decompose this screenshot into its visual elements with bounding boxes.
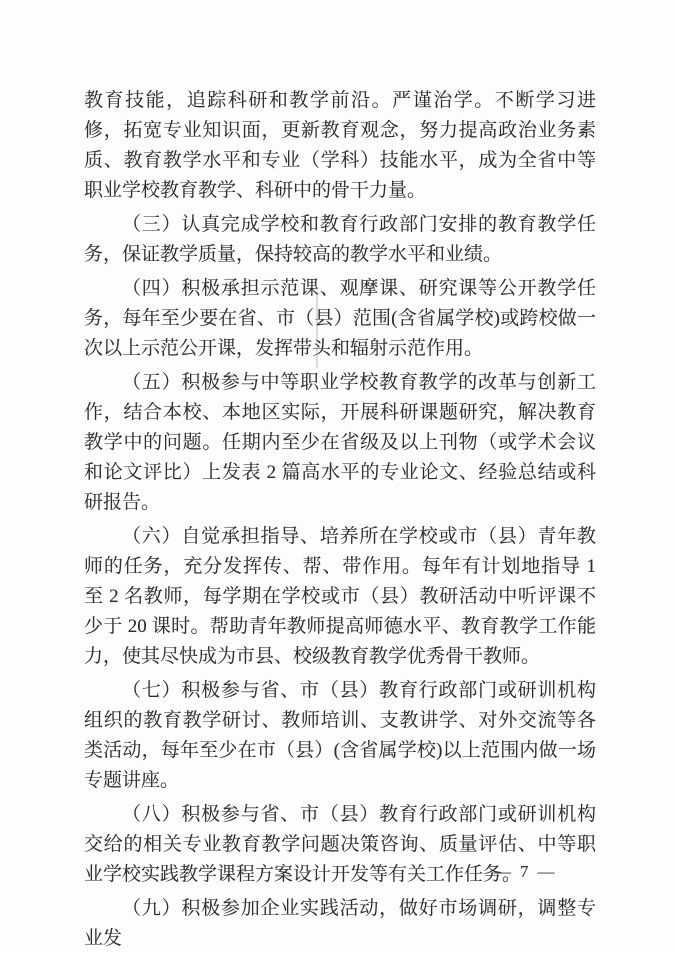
paragraph-clause-9: （九）积极参加企业实践活动，做好市场调研，调整专业发 bbox=[84, 894, 596, 954]
paragraph-clause-3: （三）认真完成学校和教育行政部门安排的教育教学任务，保证教学质量，保持较高的教学… bbox=[84, 210, 596, 270]
paragraph-clause-6: （六）自觉承担指导、培养所在学校或市（县）青年教师的任务，充分发挥传、帮、带作用… bbox=[84, 522, 596, 672]
paragraph-clause-5: （五）积极参与中等职业学校教育教学的改革与创新工作，结合本校、本地区实际，开展科… bbox=[84, 368, 596, 518]
paragraph-clause-4: （四）积极承担示范课、观摩课、研究课等公开教学任务，每年至少要在省、市（县）范围… bbox=[84, 274, 596, 364]
paragraph-clause-7: （七）积极参与省、市（县）教育行政部门或研训机构组织的教育教学研讨、教师培训、支… bbox=[84, 676, 596, 796]
document-body: 教育技能，追踪科研和教学前沿。严谨治学。不断学习进修，拓宽专业知识面，更新教育观… bbox=[84, 86, 596, 954]
footer-dash-left: — bbox=[494, 862, 511, 882]
document-page: 教育技能，追踪科研和教学前沿。严谨治学。不断学习进修，拓宽专业知识面，更新教育观… bbox=[0, 0, 675, 954]
page-number: 7 bbox=[520, 862, 529, 882]
scan-artifact-line bbox=[316, 292, 318, 368]
footer-dash-right: — bbox=[538, 862, 555, 882]
paragraph-continuation: 教育技能，追踪科研和教学前沿。严谨治学。不断学习进修，拓宽专业知识面，更新教育观… bbox=[84, 86, 596, 206]
page-footer: — 7 — bbox=[494, 862, 555, 882]
